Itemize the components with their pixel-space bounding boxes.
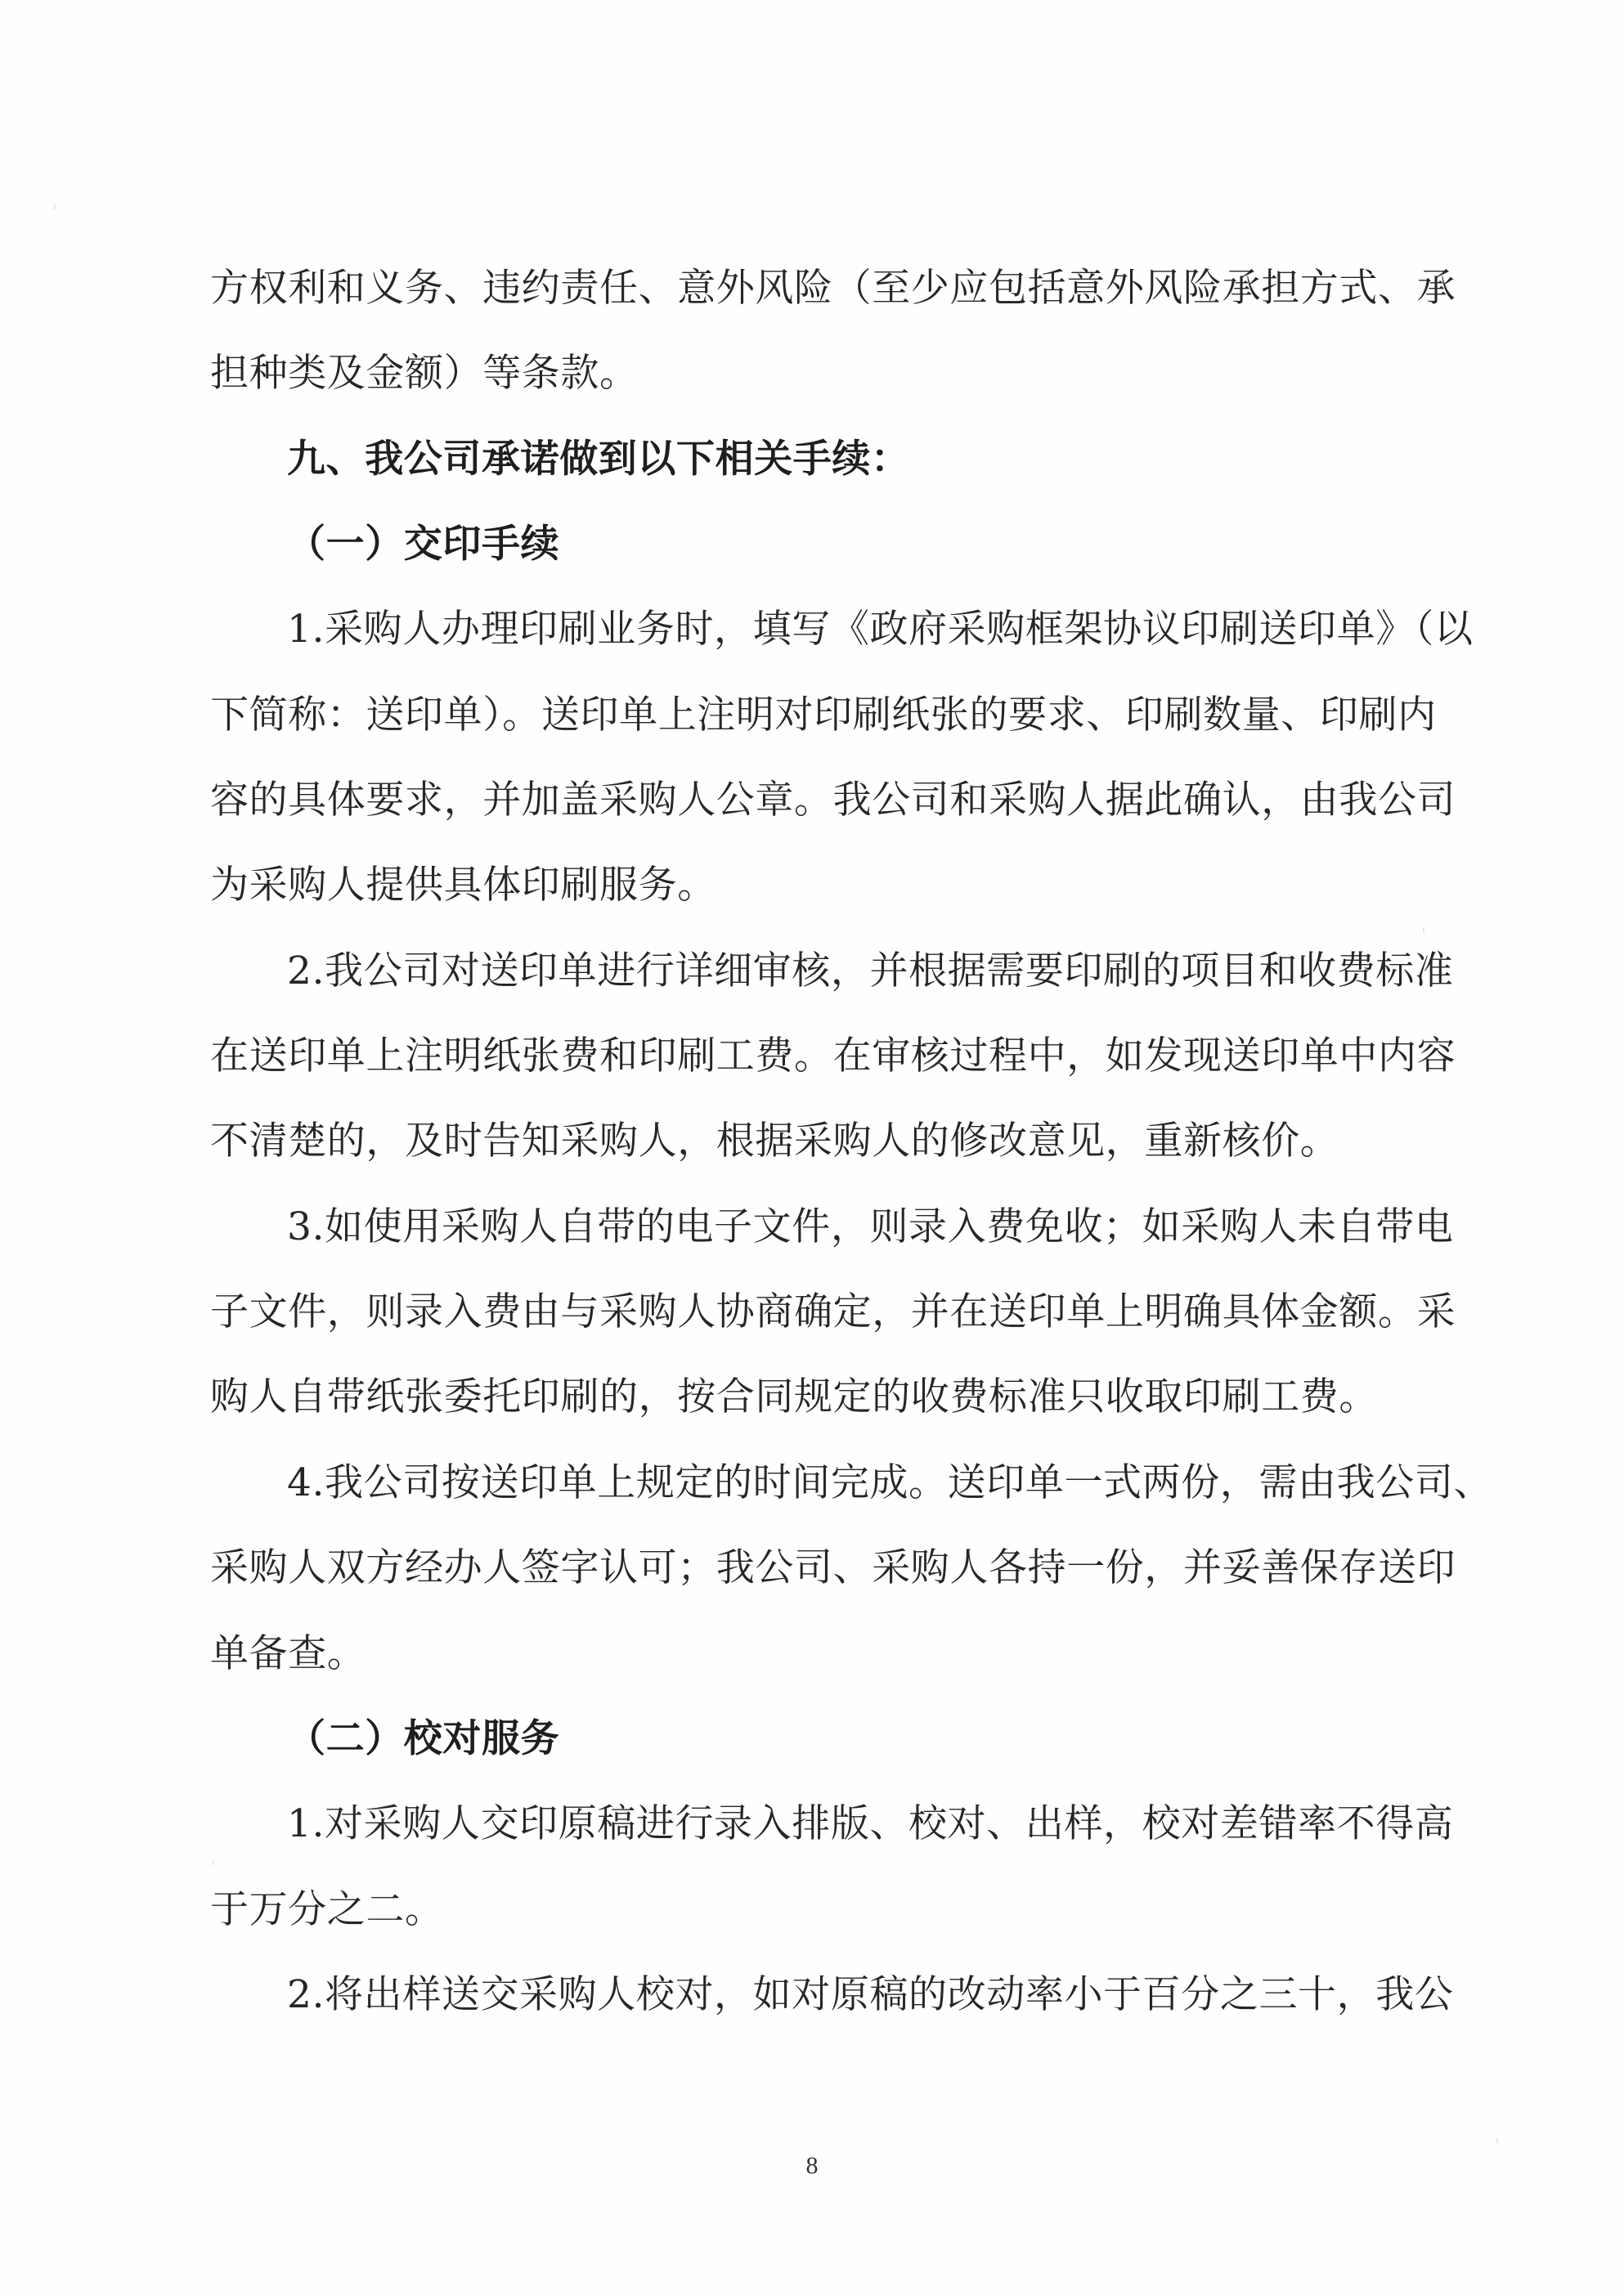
paragraph-line: 于万分之二。 [210, 1868, 1429, 1953]
document-page: 方权利和义务、违约责任、意外风险（至少应包括意外风险承担方式、承 担种类及金额）… [0, 0, 1624, 2296]
section-heading-nine: 九、我公司承诺做到以下相关手续： [210, 417, 1429, 502]
paragraph-line: 容的具体要求，并加盖采购人公章。我公司和采购人据此确认，由我公司 [210, 758, 1429, 843]
scan-speck [1423, 928, 1424, 933]
paragraph-line: 为采购人提供具体印刷服务。 [210, 843, 1429, 928]
paragraph-line: 下简称：送印单）。送印单上注明对印刷纸张的要求、印刷数量、印刷内 [210, 673, 1429, 758]
subsection-heading-printing-procedures: （一）交印手续 [210, 502, 1429, 587]
paragraph-line: 方权利和义务、违约责任、意外风险（至少应包括意外风险承担方式、承 [210, 246, 1429, 331]
subsection-heading-proofreading-service: （二）校对服务 [210, 1697, 1429, 1782]
paragraph-line: 2.将出样送交采购人校对，如对原稿的改动率小于百分之三十，我公 [210, 1953, 1429, 2038]
paragraph-line: 采购人双方经办人签字认可；我公司、采购人各持一份，并妥善保存送印 [210, 1526, 1429, 1611]
paragraph-line: 1.对采购人交印原稿进行录入排版、校对、出样，校对差错率不得高 [210, 1782, 1429, 1867]
page-number: 8 [0, 2152, 1624, 2180]
document-body: 方权利和义务、违约责任、意外风险（至少应包括意外风险承担方式、承 担种类及金额）… [210, 246, 1429, 2038]
paragraph-line: 3.如使用采购人自带的电子文件，则录入费免收；如采购人未自带电 [210, 1185, 1429, 1270]
paragraph-line: 购人自带纸张委托印刷的，按合同规定的收费标准只收取印刷工费。 [210, 1355, 1429, 1440]
paragraph-line: 子文件，则录入费由与采购人协商确定，并在送印单上明确具体金额。采 [210, 1270, 1429, 1355]
paragraph-line: 单备查。 [210, 1612, 1429, 1697]
paragraph-line: 1.采购人办理印刷业务时，填写《政府采购框架协议印刷送印单》（以 [210, 587, 1429, 672]
scan-speck [213, 1860, 214, 1865]
scan-speck [54, 204, 56, 209]
paragraph-line: 担种类及金额）等条款。 [210, 331, 1429, 416]
paragraph-line: 4.我公司按送印单上规定的时间完成。送印单一式两份，需由我公司、 [210, 1441, 1429, 1526]
paragraph-line: 在送印单上注明纸张费和印刷工费。在审核过程中，如发现送印单中内容 [210, 1014, 1429, 1099]
paragraph-line: 不清楚的，及时告知采购人，根据采购人的修改意见，重新核价。 [210, 1099, 1429, 1184]
scan-speck [1496, 2138, 1498, 2143]
paragraph-line: 2.我公司对送印单进行详细审核，并根据需要印刷的项目和收费标准 [210, 929, 1429, 1014]
